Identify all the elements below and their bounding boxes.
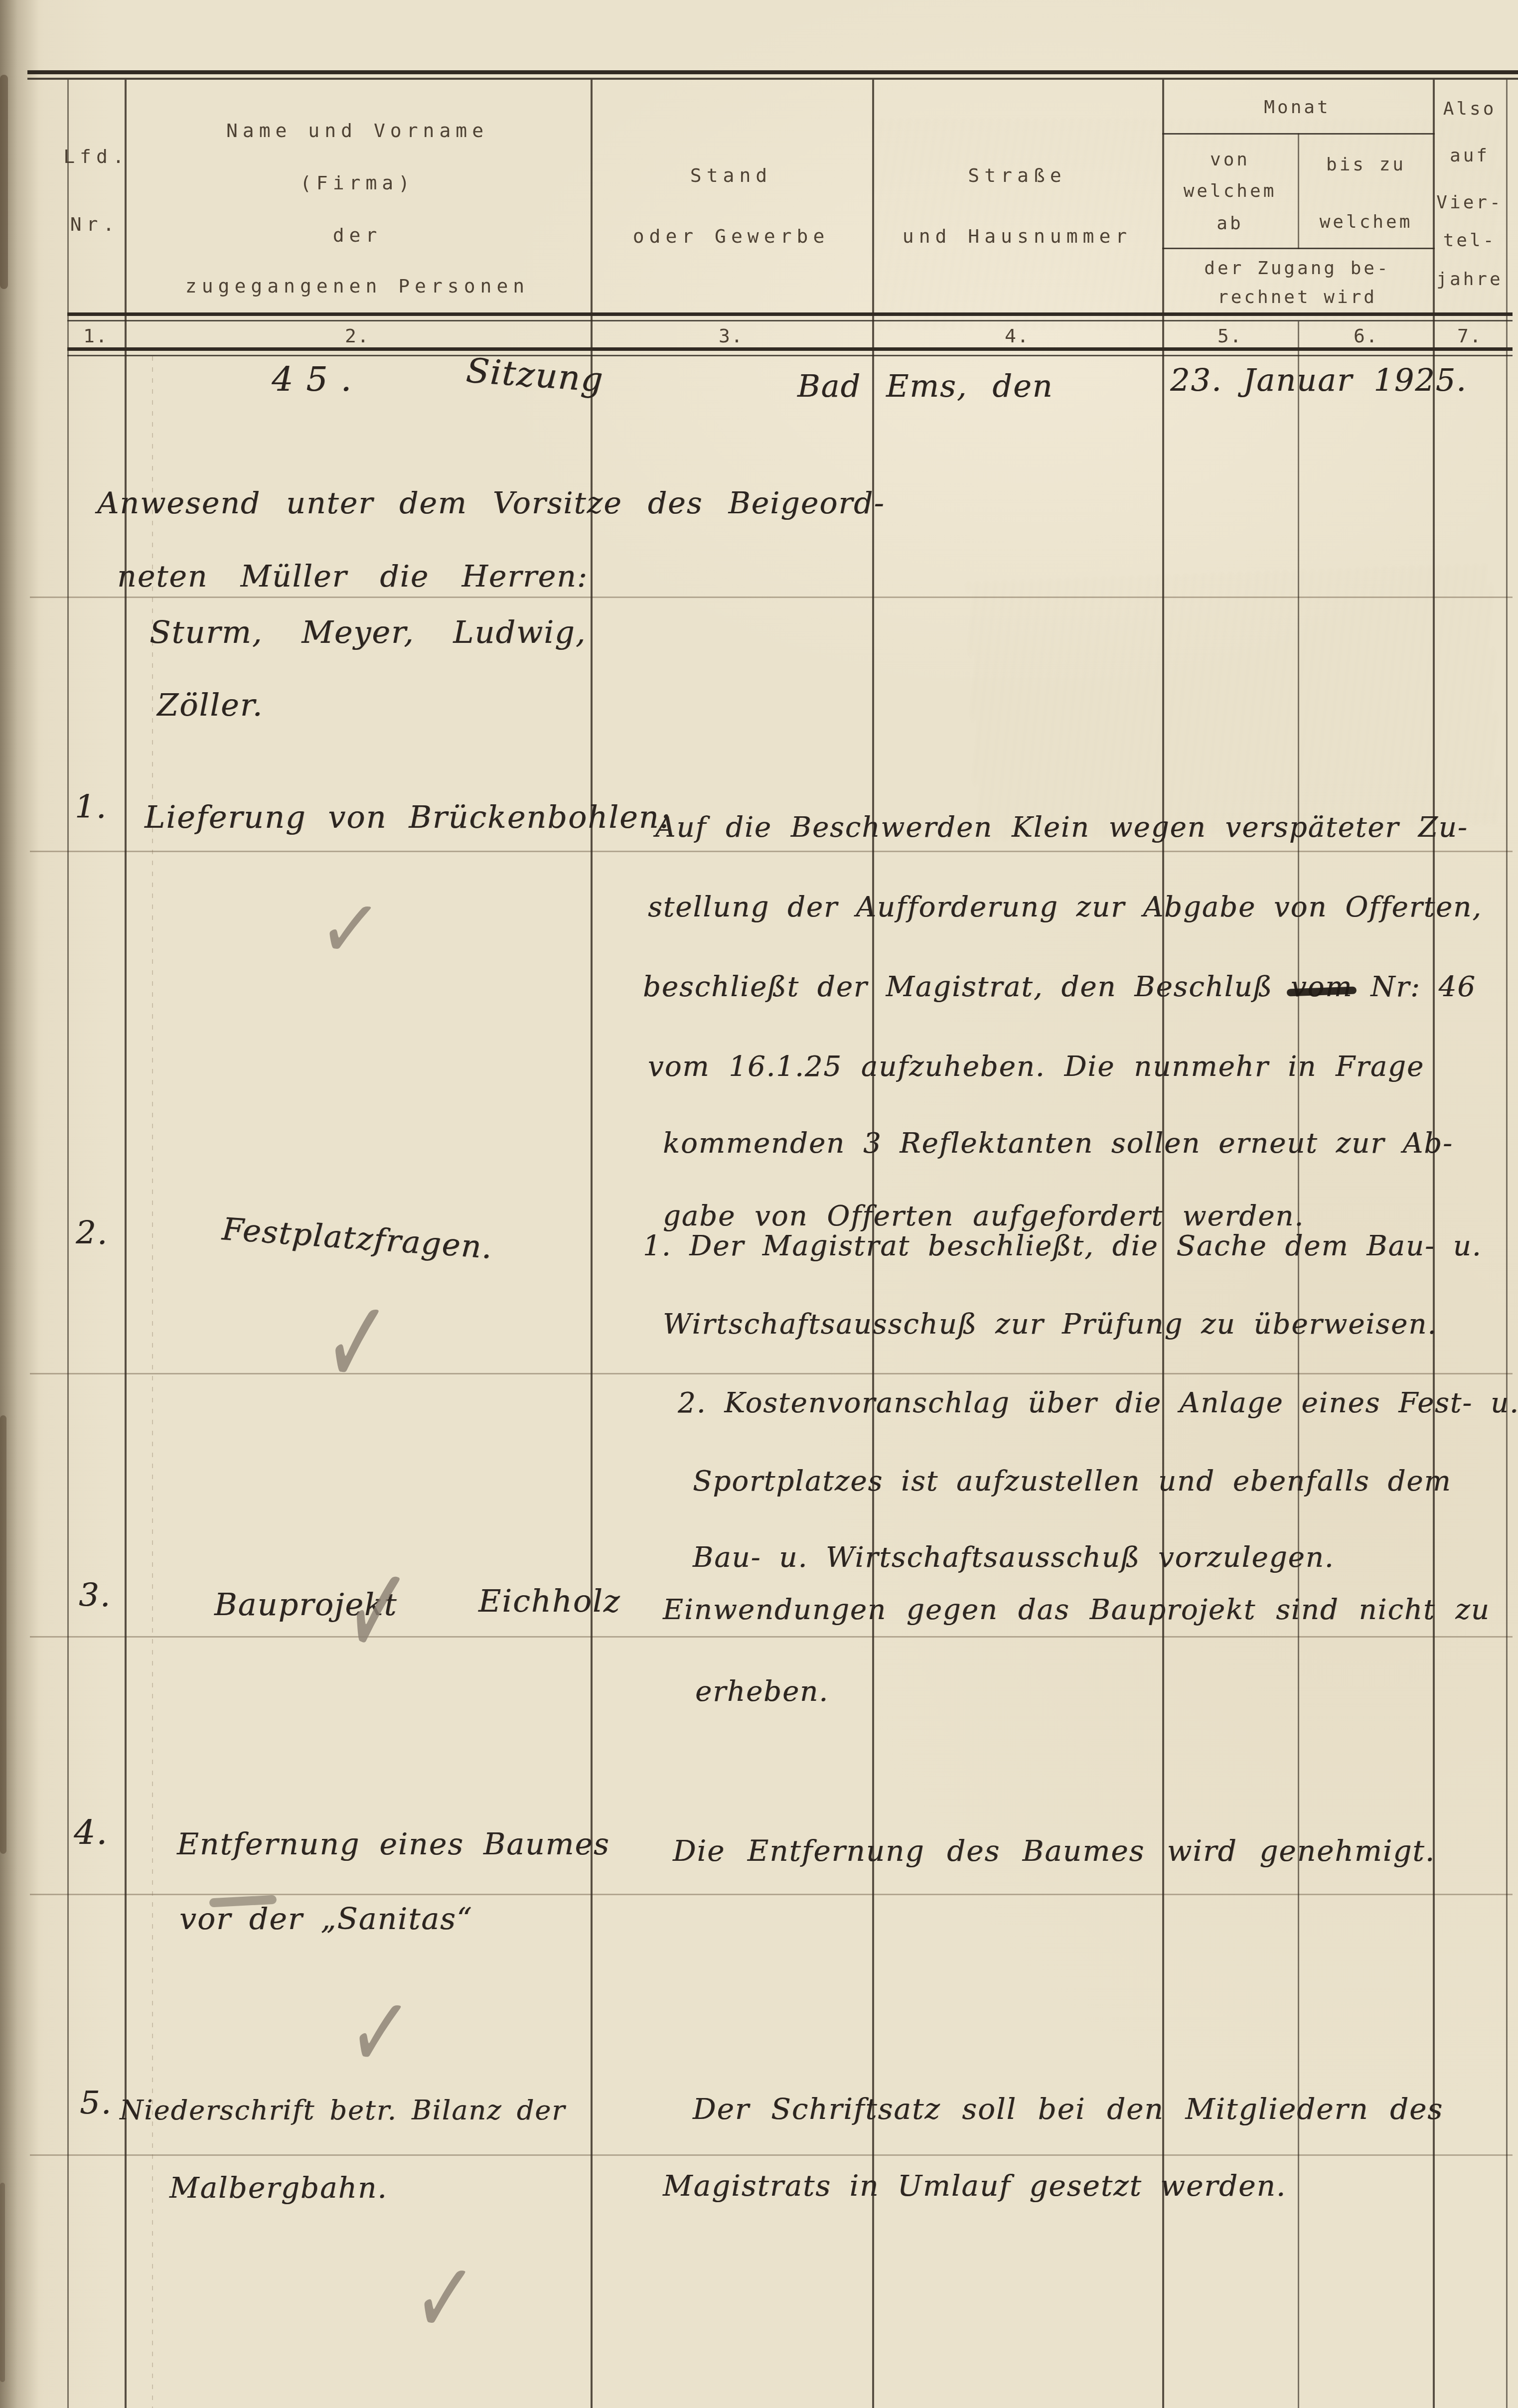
header-monat-from2: welchem (1184, 181, 1277, 201)
ruled-line (30, 851, 1513, 852)
entry2-resolution-line3: 2. Kostenvoranschlag über die Anlage ein… (678, 1387, 1518, 1419)
table-top-rule-2 (27, 78, 1518, 80)
ruled-line (30, 1636, 1513, 1638)
entry5-subject-line2: Malbergbahn. (169, 2171, 388, 2205)
header-monat-note2: rechnet wird (1217, 287, 1377, 307)
header-monat-to1: bis zu (1326, 154, 1406, 175)
page-edge-mark (0, 2183, 5, 2382)
attendance-line4: Zöller. (157, 687, 263, 723)
pencil-checkmark: ✓ (321, 1278, 394, 1408)
ruled-line (30, 1894, 1513, 1895)
header-col3-line2: oder Gewerbe (633, 225, 830, 247)
entry1-r3-post: Nr: 46 (1370, 971, 1476, 1003)
entry2-resolution-line5: Bau- u. Wirtschaftsausschuß vorzulegen. (693, 1541, 1335, 1574)
entry1-r3-struck-word: vom (1291, 971, 1353, 1003)
entry3-resolution-line2: erheben. (695, 1675, 829, 1708)
entry1-resolution-line6: gabe von Offerten aufgefordert werden. (663, 1200, 1304, 1232)
colnum-5: 5. (1217, 325, 1242, 347)
ledger-page: Lfd. Nr. Name und Vorname (Firma) der zu… (0, 0, 1518, 2408)
header-bottom-rule-2 (67, 320, 1513, 321)
header-col3-line1: Stand (690, 164, 772, 186)
pencil-checkmark: ✓ (411, 2243, 479, 2355)
colnum-6: 6. (1354, 325, 1378, 347)
colnum-1: 1. (83, 325, 108, 347)
ruled-line (30, 1373, 1513, 1374)
entry1-number: 1. (75, 789, 107, 826)
page-edge-mark (0, 1415, 6, 1854)
header-col7-line4: tel- (1443, 230, 1497, 251)
header-col7-line3: Vier- (1436, 192, 1503, 213)
ruled-line (30, 2154, 1513, 2156)
entry3-resolution-line1: Einwendungen gegen das Bauprojekt sind n… (663, 1594, 1490, 1626)
entry2-resolution-line1: 1. Der Magistrat beschließt, die Sache d… (643, 1230, 1482, 1262)
colnum-3: 3. (719, 325, 744, 347)
entry3-subject-word2: Eichholz (478, 1583, 621, 1619)
attendance-line2: neten Müller die Herren: (117, 559, 588, 594)
entry4-number: 4. (74, 1813, 108, 1852)
header-bottom-rule (67, 312, 1513, 316)
header-monat-title: Monat (1264, 97, 1330, 118)
header-col2-line4: zugegangenen Personen (185, 275, 529, 297)
attendance-line3: Sturm, Meyer, Ludwig, (150, 614, 586, 650)
table-left-border (67, 80, 69, 2408)
session-place: Bad Ems, den (797, 368, 1054, 404)
ink-bleedthrough (967, 564, 1500, 841)
col2-col3-divider (591, 80, 593, 2408)
session-number: 45. (272, 360, 364, 399)
col1-col2-divider (125, 80, 127, 2408)
entry4-resolution-line1: Die Entfernung des Baumes wird genehmigt… (673, 1834, 1435, 1868)
entry2-number: 2. (76, 1215, 108, 1252)
numbers-bottom-rule-2 (67, 355, 1513, 356)
session-date: 23. Januar 1925. (1170, 362, 1467, 398)
header-col7-line1: Also (1443, 99, 1497, 119)
entry1-resolution-line3: beschließt der Magistrat, den Beschluß v… (643, 971, 1476, 1003)
header-monat-from1: von (1210, 150, 1250, 170)
entry3-number: 3. (79, 1577, 111, 1614)
header-col4-line1: Straße (968, 164, 1066, 186)
entry5-resolution-line1: Der Schriftsatz soll bei den Mitgliedern… (693, 2092, 1443, 2126)
entry4-subject-line2: vor der „Sanitas“ (179, 1902, 473, 1937)
entry1-resolution-line4: vom 16.1.25 aufzuheben. Die nunmehr in F… (648, 1051, 1424, 1083)
pencil-checkmark: ✓ (345, 1976, 416, 2090)
table-right-border (1506, 80, 1508, 2408)
header-col2-line1: Name und Vorname (226, 120, 488, 142)
header-monat-note1: der Zugang be- (1204, 258, 1390, 279)
header-col2-line3: der (333, 224, 382, 246)
attendance-line1: Anwesend unter dem Vorsitze des Beigeord… (97, 486, 885, 521)
numbers-bottom-rule (67, 347, 1513, 351)
pencil-checkmark: ✓ (315, 883, 386, 976)
header-col7-line5: jahre (1436, 269, 1503, 290)
entry1-resolution-line2: stellung der Aufforderung zur Abgabe von… (648, 891, 1482, 923)
pencil-checkmark: ✓ (340, 1532, 415, 1692)
header-col1-line2: Nr. (70, 213, 120, 235)
entry1-subject: Lieferung von Brückenbohlen: (145, 799, 671, 835)
header-monat-from3: ab (1216, 213, 1243, 234)
header-col4-line2: und Hausnummer (903, 225, 1132, 247)
session-title: Sitzung (465, 351, 605, 400)
entry2-subject: Festplatzfragen. (221, 1210, 494, 1266)
col5-col6-divider-header (1298, 133, 1299, 249)
header-col1-line1: Lfd. (63, 146, 129, 167)
entry5-number: 5. (80, 2085, 112, 2121)
entry4-subject-line1: Entfernung eines Baumes (177, 1827, 610, 1862)
entry1-resolution-line1: Auf die Beschwerden Klein wegen verspäte… (655, 811, 1468, 844)
entry2-resolution-line4: Sportplatzes ist aufzustellen und ebenfa… (693, 1465, 1451, 1498)
colnum-7: 7. (1457, 325, 1482, 347)
entry5-subject-line1: Niederschrift betr. Bilanz der (120, 2095, 566, 2126)
header-col7-line2: auf (1450, 146, 1490, 166)
entry1-r3-pre: beschließt der Magistrat, den Beschluß (643, 971, 1273, 1003)
entry5-resolution-line2: Magistrats in Umlauf gesetzt werden. (663, 2169, 1286, 2203)
colnum-2: 2. (345, 325, 370, 347)
colnum-4: 4. (1005, 325, 1030, 347)
header-col2-line2: (Firma) (300, 172, 415, 194)
binding-gutter-shadow (0, 0, 39, 2408)
page-edge-mark (0, 75, 8, 289)
entry2-resolution-line2: Wirtschaftsausschuß zur Prüfung zu überw… (663, 1308, 1437, 1341)
ruled-line (30, 597, 1513, 598)
table-top-rule (27, 70, 1518, 74)
header-monat-to2: welchem (1320, 212, 1413, 232)
entry1-resolution-line5: kommenden 3 Reflektanten sollen erneut z… (663, 1127, 1453, 1160)
